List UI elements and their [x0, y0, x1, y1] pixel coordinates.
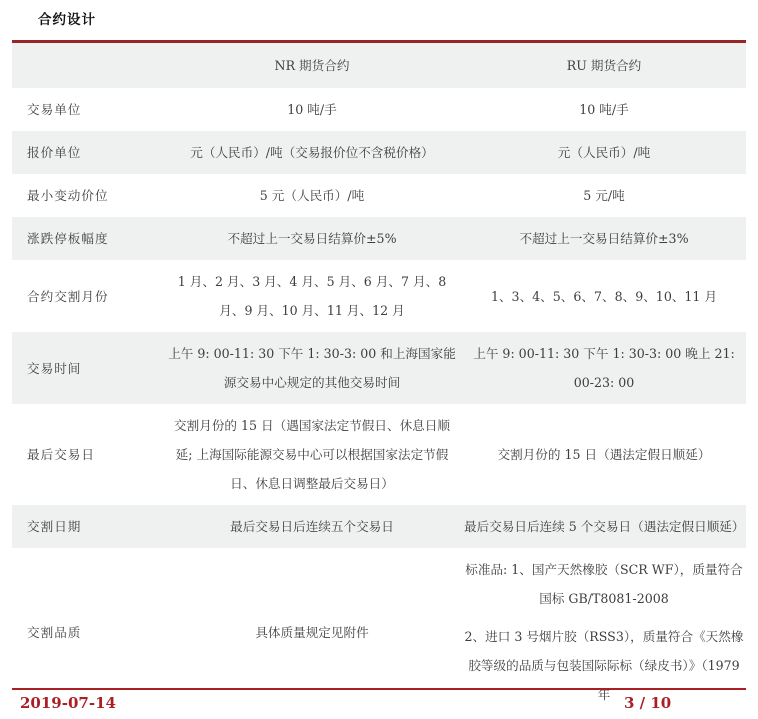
ru-contract-cell: 5 元/吨: [462, 181, 746, 210]
page-title: 合约设计: [38, 8, 96, 28]
table-row: 涨跌停板幅度不超过上一交易日结算价±5%不超过上一交易日结算价±3%: [12, 217, 746, 260]
row-label: 交割品质: [12, 618, 162, 647]
ru-cell-paragraph: 2、进口 3 号烟片胶（RSS3），质量符合《天然橡胶等级的品质与包装国际际标（…: [464, 622, 744, 709]
table-row: 交易单位10 吨/手10 吨/手: [12, 88, 746, 131]
nr-contract-cell: 不超过上一交易日结算价±5%: [162, 224, 462, 253]
contract-comparison-table: NR 期货合约 RU 期货合约 交易单位10 吨/手10 吨/手报价单位元（人民…: [12, 40, 746, 716]
nr-contract-cell: 元（人民币）/吨（交易报价位不含税价格）: [162, 138, 462, 167]
nr-contract-cell: 具体质量规定见附件: [162, 618, 462, 647]
nr-contract-cell: 交割月份的 15 日（遇国家法定节假日、休息日顺延; 上海国际能源交易中心可以根…: [162, 411, 462, 498]
row-label: 涨跌停板幅度: [12, 224, 162, 253]
table-header-row: NR 期货合约 RU 期货合约: [12, 43, 746, 88]
footer-page-number: 3 / 10: [624, 694, 671, 712]
table-row: 最后交易日交割月份的 15 日（遇国家法定节假日、休息日顺延; 上海国际能源交易…: [12, 404, 746, 505]
ru-contract-cell: 交割月份的 15 日（遇法定假日顺延）: [462, 440, 746, 469]
row-label: 报价单位: [12, 138, 162, 167]
ru-cell-paragraph: 不超过上一交易日结算价±3%: [464, 224, 744, 253]
row-label: 交割日期: [12, 512, 162, 541]
ru-contract-cell: 上午 9: 00-11: 30 下午 1: 30-3: 00 晚上 21: 00…: [462, 339, 746, 397]
ru-cell-paragraph: 10 吨/手: [464, 95, 744, 124]
ru-contract-cell: 不超过上一交易日结算价±3%: [462, 224, 746, 253]
ru-cell-paragraph: 上午 9: 00-11: 30 下午 1: 30-3: 00 晚上 21: 00…: [464, 339, 744, 397]
table-row: 交割品质具体质量规定见附件标准品: 1、国产天然橡胶（SCR WF），质量符合国…: [12, 548, 746, 716]
nr-contract-cell: 1 月、2 月、3 月、4 月、5 月、6 月、7 月、8 月、9 月、10 月…: [162, 267, 462, 325]
footer-date: 2019-07-14: [20, 694, 116, 712]
header-ru-contract: RU 期货合约: [462, 51, 746, 80]
ru-contract-cell: 最后交易日后连续 5 个交易日（遇法定假日顺延）: [462, 512, 746, 541]
ru-contract-cell: 标准品: 1、国产天然橡胶（SCR WF），质量符合国标 GB/T8081-20…: [462, 555, 746, 709]
footer-rule: [12, 688, 746, 690]
table-row: 合约交割月份1 月、2 月、3 月、4 月、5 月、6 月、7 月、8 月、9 …: [12, 260, 746, 332]
ru-cell-paragraph: 5 元/吨: [464, 181, 744, 210]
ru-contract-cell: 1、3、4、5、6、7、8、9、10、11 月: [462, 282, 746, 311]
row-label: 最小变动价位: [12, 181, 162, 210]
ru-cell-paragraph: 交割月份的 15 日（遇法定假日顺延）: [464, 440, 744, 469]
table-row: 报价单位元（人民币）/吨（交易报价位不含税价格）元（人民币）/吨: [12, 131, 746, 174]
table-row: 交割日期最后交易日后连续五个交易日最后交易日后连续 5 个交易日（遇法定假日顺延…: [12, 505, 746, 548]
nr-contract-cell: 5 元（人民币）/吨: [162, 181, 462, 210]
table-row: 交易时间上午 9: 00-11: 30 下午 1: 30-3: 00 和上海国家…: [12, 332, 746, 404]
nr-contract-cell: 10 吨/手: [162, 95, 462, 124]
ru-cell-paragraph: 1、3、4、5、6、7、8、9、10、11 月: [464, 282, 744, 311]
ru-cell-paragraph: 最后交易日后连续 5 个交易日（遇法定假日顺延）: [464, 512, 744, 541]
ru-cell-paragraph: 标准品: 1、国产天然橡胶（SCR WF），质量符合国标 GB/T8081-20…: [464, 555, 744, 613]
table-row: 最小变动价位5 元（人民币）/吨5 元/吨: [12, 174, 746, 217]
header-nr-contract: NR 期货合约: [162, 51, 462, 80]
row-label: 合约交割月份: [12, 282, 162, 311]
ru-contract-cell: 10 吨/手: [462, 95, 746, 124]
ru-contract-cell: 元（人民币）/吨: [462, 138, 746, 167]
row-label: 交易时间: [12, 354, 162, 383]
ru-cell-paragraph: 元（人民币）/吨: [464, 138, 744, 167]
row-label: 最后交易日: [12, 440, 162, 469]
row-label: 交易单位: [12, 95, 162, 124]
nr-contract-cell: 上午 9: 00-11: 30 下午 1: 30-3: 00 和上海国家能源交易…: [162, 339, 462, 397]
nr-contract-cell: 最后交易日后连续五个交易日: [162, 512, 462, 541]
